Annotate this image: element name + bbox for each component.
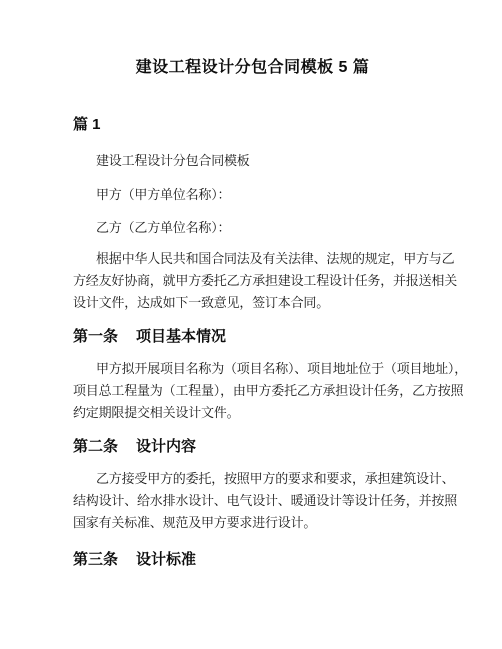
- document-page: 建设工程设计分包合同模板 5 篇 篇 1 建设工程设计分包合同模板 甲方（甲方单…: [0, 0, 502, 649]
- paragraph-line: 约定期限提交相关设计文件。: [73, 402, 432, 424]
- paragraph-line: 甲方拟开展项目名称为（项目名称）、项目地址位于（项目地址），: [73, 358, 432, 380]
- intro-paragraph: 根据中华人民共和国合同法及有关法律、法规的规定，甲方与乙 方经友好协商，就甲方委…: [73, 248, 432, 314]
- article-2-heading: 第二条设计内容: [73, 435, 432, 459]
- article-title: 项目基本情况: [136, 325, 226, 349]
- paragraph-line: 结构设计、给水排水设计、电气设计、暖通设计等设计任务，并按照: [73, 490, 432, 512]
- part-heading: 篇 1: [73, 114, 432, 136]
- article-3-heading: 第三条设计标准: [73, 548, 432, 572]
- article-title: 设计内容: [136, 435, 196, 459]
- document-content: 建设工程设计分包合同模板 5 篇 篇 1 建设工程设计分包合同模板 甲方（甲方单…: [0, 0, 502, 572]
- document-subtitle: 建设工程设计分包合同模板: [73, 150, 432, 172]
- article-number: 第二条: [73, 435, 118, 459]
- paragraph-line: 根据中华人民共和国合同法及有关法律、法规的规定，甲方与乙: [73, 248, 432, 270]
- article-number: 第一条: [73, 325, 118, 349]
- party-b-line: 乙方（乙方单位名称）：: [73, 217, 432, 239]
- article-2-paragraph: 乙方接受甲方的委托，按照甲方的要求和要求，承担建筑设计、 结构设计、给水排水设计…: [73, 468, 432, 534]
- document-title: 建设工程设计分包合同模板 5 篇: [73, 56, 432, 80]
- paragraph-line: 设计文件，达成如下一致意见，签订本合同。: [73, 292, 432, 314]
- article-number: 第三条: [73, 548, 118, 572]
- paragraph-line: 国家有关标准、规范及甲方要求进行设计。: [73, 512, 432, 534]
- article-1-heading: 第一条项目基本情况: [73, 325, 432, 349]
- paragraph-line: 方经友好协商，就甲方委托乙方承担建设工程设计任务，并报送相关: [73, 270, 432, 292]
- party-a-line: 甲方（甲方单位名称）：: [73, 184, 432, 206]
- paragraph-line: 项目总工程量为（工程量），由甲方委托乙方承担设计任务，乙方按照: [73, 380, 432, 402]
- article-1-paragraph: 甲方拟开展项目名称为（项目名称）、项目地址位于（项目地址）， 项目总工程量为（工…: [73, 358, 432, 424]
- article-title: 设计标准: [136, 548, 196, 572]
- paragraph-line: 乙方接受甲方的委托，按照甲方的要求和要求，承担建筑设计、: [73, 468, 432, 490]
